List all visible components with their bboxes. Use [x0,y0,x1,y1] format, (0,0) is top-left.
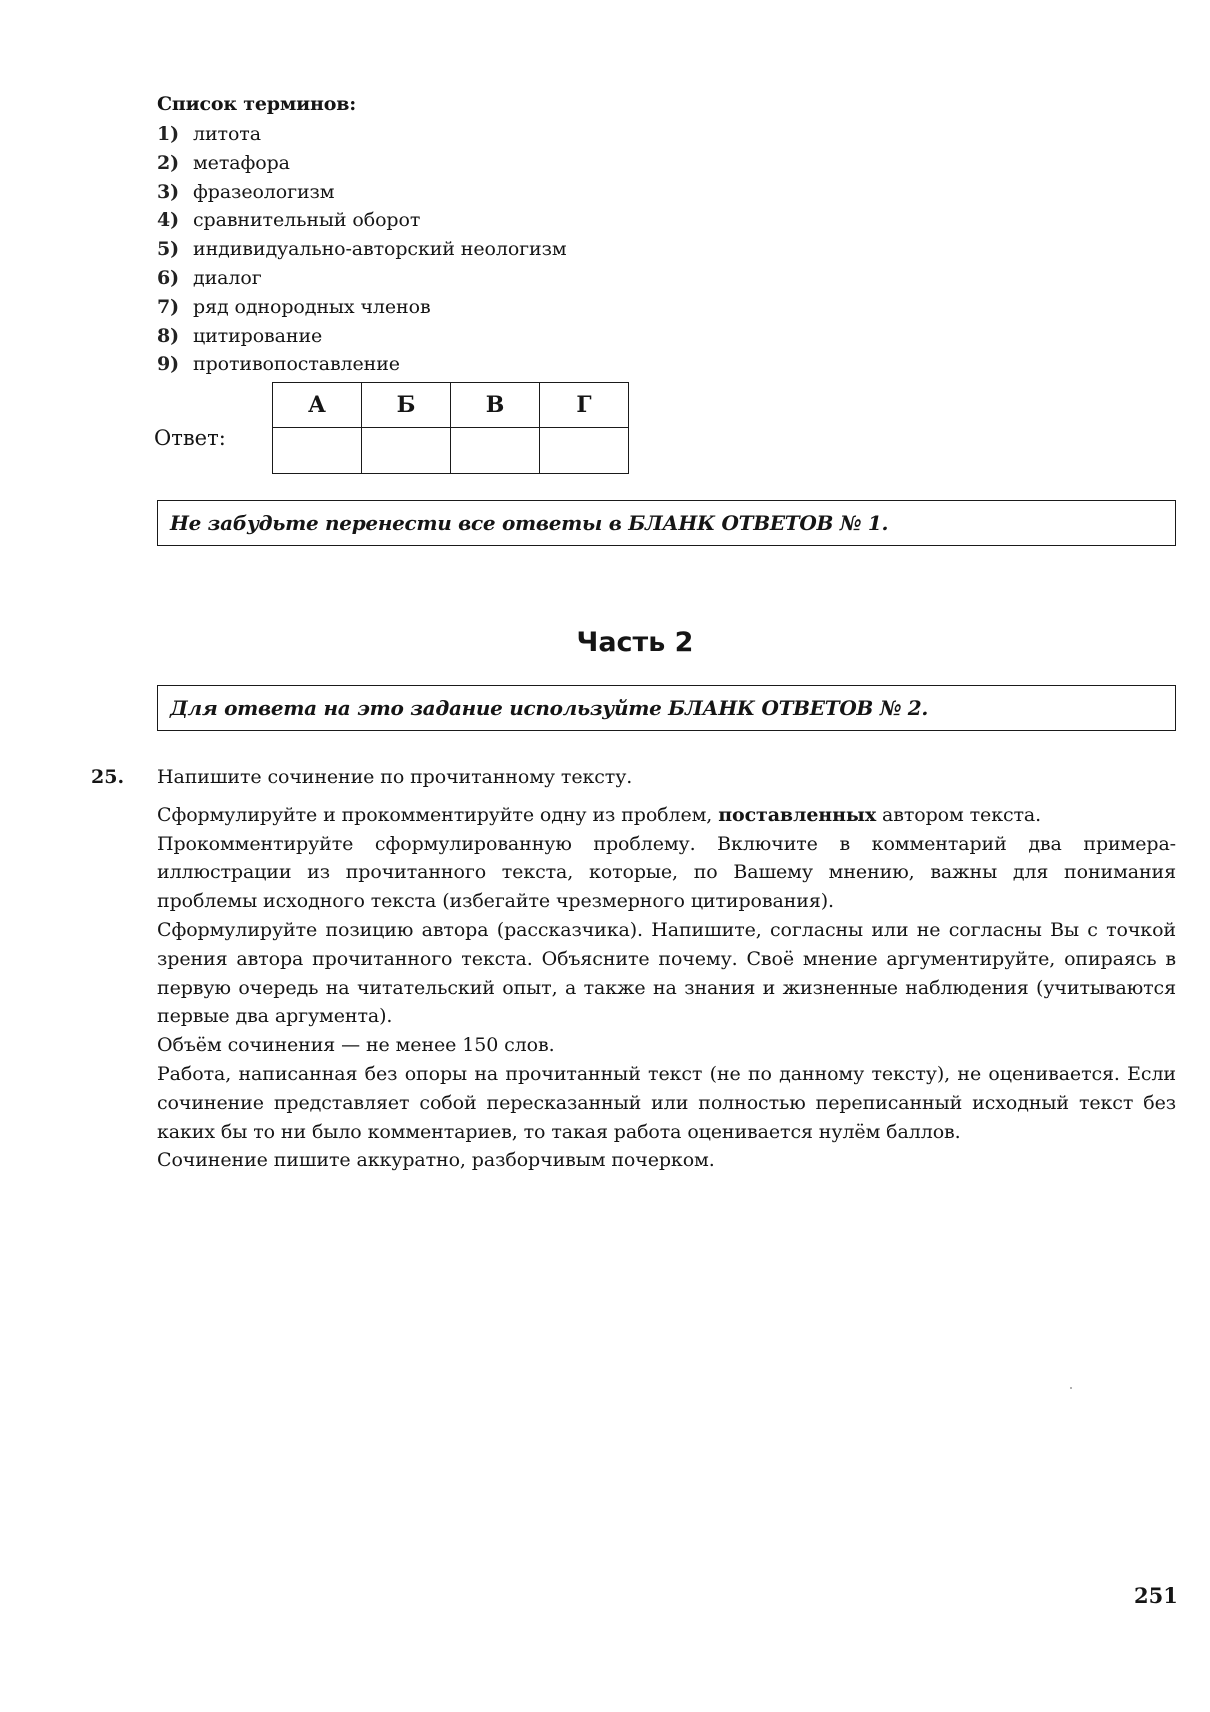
answer-cell[interactable] [362,428,451,474]
answer-cell[interactable] [451,428,540,474]
term-number: 5) [157,235,193,264]
list-item: 7)ряд однородных членов [157,293,567,322]
list-item: 2)метафора [157,149,567,178]
term-number: 6) [157,264,193,293]
terms-heading: Список терминов: [157,92,356,116]
term-number: 9) [157,350,193,379]
task-emphasis: поставленных [718,804,876,826]
term-label: литота [193,123,261,145]
term-label: противопоставление [193,353,400,375]
term-number: 2) [157,149,193,178]
scan-speck [1070,1387,1072,1389]
notice-answer-form-2: Для ответа на это задание используйте БЛ… [157,685,1176,731]
part-title: Часть 2 [0,626,1210,660]
term-label: индивидуально-авторский неологизм [193,238,567,260]
list-item: 8)цитирование [157,322,567,351]
list-item: 4)сравнительный оборот [157,206,567,235]
task-paragraph: Сочинение пишите аккуратно, разборчивым … [157,1146,1176,1175]
term-label: фразеологизм [193,181,334,203]
answer-cell[interactable] [540,428,629,474]
answer-column-header: В [451,383,540,428]
list-item: 5)индивидуально-авторский неологизм [157,235,567,264]
page-number: 251 [1134,1583,1178,1609]
term-number: 1) [157,120,193,149]
term-number: 8) [157,322,193,351]
task-paragraph: Прокомментируйте сформулированную пробле… [157,830,1176,916]
task-paragraph: Сформулируйте и прокомментируйте одну из… [157,801,1176,830]
task-paragraph: Сформулируйте позицию автора (рассказчик… [157,916,1176,1031]
list-item: 1)литота [157,120,567,149]
task-paragraph: Объём сочинения — не менее 150 слов. [157,1031,1176,1060]
notice-transfer-answers: Не забудьте перенести все ответы в БЛАНК… [157,500,1176,546]
term-number: 4) [157,206,193,235]
task-intro: Напишите сочинение по прочитанному текст… [157,763,1176,792]
answer-column-header: Г [540,383,629,428]
answer-table: А Б В Г [272,382,629,474]
answer-cell[interactable] [273,428,362,474]
task-text: автором текста. [876,804,1041,826]
term-label: диалог [193,267,262,289]
list-item: 6)диалог [157,264,567,293]
task-body: Напишите сочинение по прочитанному текст… [157,763,1176,1175]
term-label: сравнительный оборот [193,209,420,231]
answer-column-header: А [273,383,362,428]
list-item: 3)фразеологизм [157,178,567,207]
task-number: 25. [91,763,124,791]
answer-column-header: Б [362,383,451,428]
terms-list: 1)литота 2)метафора 3)фразеологизм 4)сра… [157,120,567,379]
answer-label: Ответ: [154,425,226,451]
list-item: 9)противопоставление [157,350,567,379]
term-label: ряд однородных членов [193,296,431,318]
term-number: 3) [157,178,193,207]
task-paragraph: Работа, написанная без опоры на прочитан… [157,1060,1176,1146]
document-page: Список терминов: 1)литота 2)метафора 3)ф… [0,0,1210,1712]
term-label: цитирование [193,325,322,347]
task-text: Сформулируйте и прокомментируйте одну из… [157,804,718,826]
term-number: 7) [157,293,193,322]
term-label: метафора [193,152,290,174]
